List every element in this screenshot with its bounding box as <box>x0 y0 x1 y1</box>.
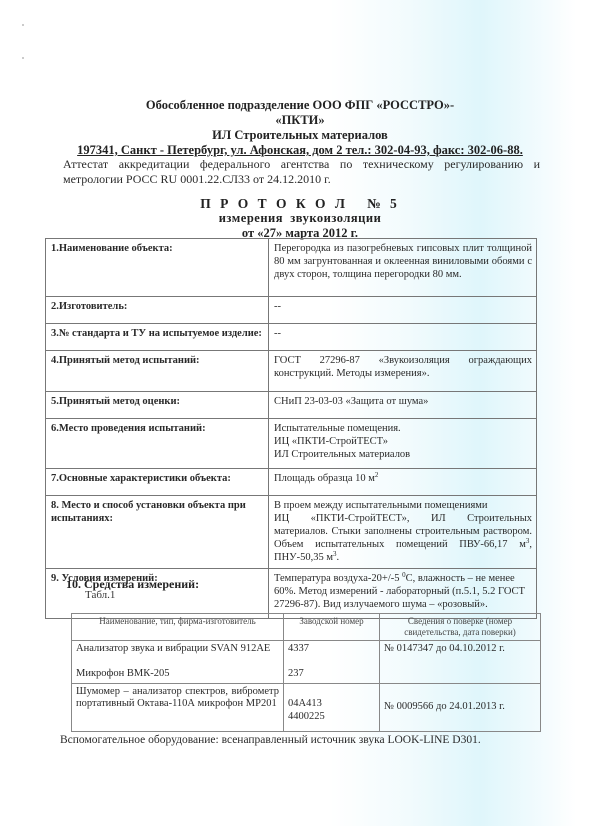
column-header: Сведения о поверке (номер свидетельства,… <box>380 614 541 641</box>
value-line: В проем между испытательными помещениями <box>274 499 532 512</box>
value-text: Площадь образца 10 м <box>274 473 375 484</box>
spacer <box>288 656 375 669</box>
scan-artifact <box>22 24 24 26</box>
instruments-table: Наименование, тип, фирма-изготовитель За… <box>71 613 541 732</box>
table-row: Анализатор звука и вибрации SVAN 912АЕ М… <box>72 641 541 684</box>
table-row: 1.Наименование объекта: Перегородка из п… <box>46 239 537 297</box>
superscript: 2 <box>375 471 379 479</box>
value-line: ИЦ «ПКТИ-СтройТЕСТ» <box>274 435 532 448</box>
value-line: Испытательные помещения. <box>274 422 532 435</box>
lab-name: ИЛ Строительных материалов <box>40 128 560 143</box>
verification-info: № 0147347 до 04.10.2012 г. <box>380 641 541 684</box>
name-line: Анализатор звука и вибрации SVAN 912АЕ <box>76 643 279 656</box>
spacer <box>288 686 375 699</box>
row-label: 7.Основные характеристики объекта: <box>46 469 269 496</box>
scan-artifact <box>22 57 24 59</box>
table-row: 4.Принятый метод испытаний: ГОСТ 27296-8… <box>46 351 537 392</box>
instrument-name: Анализатор звука и вибрации SVAN 912АЕ М… <box>72 641 284 684</box>
instrument-name: Шумомер – анализатор спектров, виброметр… <box>72 683 284 731</box>
address-line: 197341, Санкт - Петербург, ул. Афонская,… <box>30 143 570 158</box>
row-label: 6.Место проведения испытаний: <box>46 419 269 469</box>
table-row: 3.№ стандарта и ТУ на испытуемое изделие… <box>46 324 537 351</box>
row-value: ГОСТ 27296-87 «Звукоизоляция ограждающих… <box>269 351 537 392</box>
protocol-subject: измерения звукоизоляции <box>40 211 560 226</box>
table-label: Табл.1 <box>85 589 115 601</box>
serial-line: 237 <box>288 668 375 681</box>
row-label: 3.№ стандарта и ТУ на испытуемое изделие… <box>46 324 269 351</box>
row-value: Температура воздуха-20+/-5 0С, влажность… <box>269 569 537 619</box>
serial-number: 4337 237 <box>284 641 380 684</box>
table-row: 7.Основные характеристики объекта: Площа… <box>46 469 537 496</box>
name-line: Микрофон ВМК-205 <box>76 668 279 681</box>
table-row: 9. Условия измерений: Температура воздух… <box>46 569 537 619</box>
serial-number: 04А413 4400225 <box>284 683 380 731</box>
serial-line: 04А413 <box>288 698 375 711</box>
value-text: ИЦ «ПКТИ-СтройТЕСТ», ИЛ Строительных мат… <box>274 513 532 550</box>
table-header-row: Наименование, тип, фирма-изготовитель За… <box>72 614 541 641</box>
value-line: ИЛ Строительных материалов <box>274 448 532 461</box>
table-row: 6.Место проведения испытаний: Испытатель… <box>46 419 537 469</box>
table-row: Шумомер – анализатор спектров, виброметр… <box>72 683 541 731</box>
table-row: 5.Принятый метод оценки: СНиП 23-03-03 «… <box>46 392 537 419</box>
table-row: 8. Место и способ установки объекта при … <box>46 496 537 569</box>
org-name-line1: Обособленное подразделение ООО ФПГ «РОСС… <box>40 98 560 113</box>
row-label: 4.Принятый метод испытаний: <box>46 351 269 392</box>
row-label: 2.Изготовитель: <box>46 297 269 324</box>
table-row: 2.Изготовитель: -- <box>46 297 537 324</box>
row-value: -- <box>269 324 537 351</box>
row-value: Перегородка из пазогребневых гипсовых пл… <box>269 239 537 297</box>
verification-info: № 0009566 до 24.01.2013 г. <box>380 683 541 731</box>
attestation-text: Аттестат аккредитации федерального агент… <box>63 157 540 186</box>
serial-line: 4400225 <box>288 711 375 724</box>
row-value: Испытательные помещения. ИЦ «ПКТИ-СтройТ… <box>269 419 537 469</box>
row-label: 8. Место и способ установки объекта при … <box>46 496 269 569</box>
value-text: Температура воздуха-20+/-5 <box>274 573 402 584</box>
row-label: 9. Условия измерений: <box>46 569 269 619</box>
org-name-line2: «ПКТИ» <box>40 113 560 128</box>
row-value: В проем между испытательными помещениями… <box>269 496 537 569</box>
column-header: Заводской номер <box>284 614 380 641</box>
row-value: Площадь образца 10 м2 <box>269 469 537 496</box>
value-text: . <box>337 552 340 563</box>
auxiliary-equipment: Вспомогательное оборудование: всенаправл… <box>60 734 481 746</box>
row-value: -- <box>269 297 537 324</box>
protocol-title: П Р О Т О К О Л № 5 <box>40 196 560 212</box>
row-label: 1.Наименование объекта: <box>46 239 269 297</box>
object-info-table: 1.Наименование объекта: Перегородка из п… <box>45 238 537 619</box>
row-value: СНиП 23-03-03 «Защита от шума» <box>269 392 537 419</box>
column-header: Наименование, тип, фирма-изготовитель <box>72 614 284 641</box>
document-page: Обособленное подразделение ООО ФПГ «РОСС… <box>0 0 600 826</box>
spacer <box>76 656 279 669</box>
row-label: 5.Принятый метод оценки: <box>46 392 269 419</box>
serial-line: 4337 <box>288 643 375 656</box>
